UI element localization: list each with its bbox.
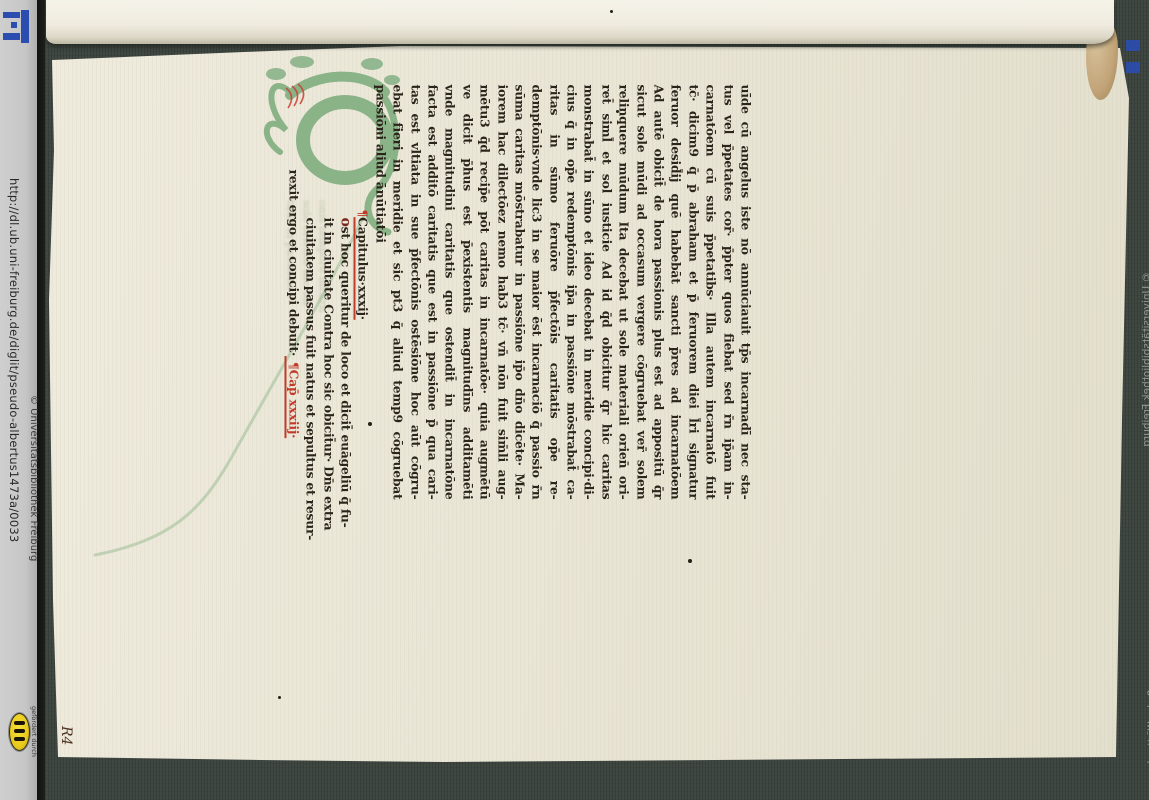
mirrored-logo-fragment <box>1126 40 1140 51</box>
manuscript-line: tc̄· dicim9 q̄ p̄ abraham et p̄ feruorem… <box>685 85 702 500</box>
quire-signature: R4 <box>58 726 74 745</box>
ink-speck <box>368 422 372 426</box>
manuscript-line: passiōni aliud ānūtiatōi <box>372 85 389 500</box>
scan-viewport: onis tempore incarnsole oriente meridita… <box>0 0 1149 800</box>
manuscript-line: tus vel p̄petates cor̄· p̄pter quos fieb… <box>720 85 737 500</box>
manuscript-line: carnatōem cū suis p̄petatibs· Illa autem… <box>702 85 719 500</box>
manuscript-line: vnde magnitudini caritatis que ostendit̄… <box>441 85 458 500</box>
mirrored-logo-fragment <box>1126 62 1140 73</box>
manuscript-line: relinquere mūdum Ita decebat ut sole mat… <box>615 85 632 500</box>
ink-speck <box>278 696 281 699</box>
baden-wuerttemberg-arms-icon <box>9 713 30 751</box>
document-url: http://dl.ub.uni-freiburg.de/diglit/pseu… <box>7 178 21 542</box>
manuscript-line: ritas in sūmo feruōre p̄fectōis caritati… <box>546 85 563 500</box>
ink-speck <box>616 110 619 113</box>
rolled-page-edge <box>46 0 1114 44</box>
ink-speck <box>688 559 692 563</box>
manuscript-line: ve dicit p̄hus est p̄existentis magnitud… <box>459 85 476 500</box>
manuscript-line: ost hoc queritur de loco et dicit̄ euāge… <box>337 85 354 500</box>
manuscript-line: ebat fieri in meridie et sic pt3 q̄ aliu… <box>389 85 406 500</box>
manuscript-line: ¶Capitulus·xxxij· <box>355 85 372 500</box>
manuscript-line: uīde cū angelus iste nō annūciauit tp̄s … <box>737 85 754 500</box>
manuscript-line: tas est vltiata in sue p̄fectōnis ostēsi… <box>407 85 424 500</box>
manuscript-line: facta est additō caritatis que est in pa… <box>424 85 441 500</box>
manuscript-line: sūma caritas mōstrabatur in passiōne ip̄… <box>511 85 528 500</box>
manuscript-line: ciuitatem passus fuit natus et sepultus … <box>302 85 319 500</box>
funding-label: gefördert durch <box>30 706 38 757</box>
manuscript-line: feruor desid̄ij quē habebāt sancti p̄res… <box>668 85 685 500</box>
manuscript-line: mētu3 q̄d recip̄e pōt caritas in incarna… <box>476 85 493 500</box>
ub-freiburg-logo-icon <box>2 9 32 47</box>
manuscript-line: rexit ergo et concipi debuit· ¶Cap̄ xxxi… <box>285 85 302 500</box>
manuscript-line: ret̄ siml̄ et sol iusticie Ad id q̄d obi… <box>598 85 615 500</box>
manuscript-line: iorem hac dilectōez nemo hab3 tc̄· vn̄ n… <box>494 85 511 500</box>
manuscript-line: sicut sole mūdi ad occasum vergere cōgru… <box>633 85 650 500</box>
ink-speck <box>610 10 613 13</box>
manuscript-line: monstrabat̄ in sūno et ideo decebat in m… <box>581 85 598 500</box>
manuscript-line: cius q̄ in op̄e redemptōnis ip̄a in pass… <box>563 85 580 500</box>
mirrored-copyright-text: © Universitätsbibliothek Freiburg <box>1141 272 1149 447</box>
copyright-text: © Universitätsbibliothek Freiburg <box>28 395 39 561</box>
metadata-sidebar: http://dl.ub.uni-freiburg.de/diglit/pseu… <box>0 0 37 800</box>
manuscript-line: demptōnis·vnde lic3 in se maior ēst inca… <box>528 85 545 500</box>
manuscript-line: Ad autē obicit̄ de hora passionis plus e… <box>650 85 667 500</box>
manuscript-text-block: uīde cū angelus iste nō annūciauit tp̄s … <box>285 85 755 500</box>
manuscript-line: it in ciuitate Contra hoc sic obicit̄ur·… <box>320 85 337 500</box>
